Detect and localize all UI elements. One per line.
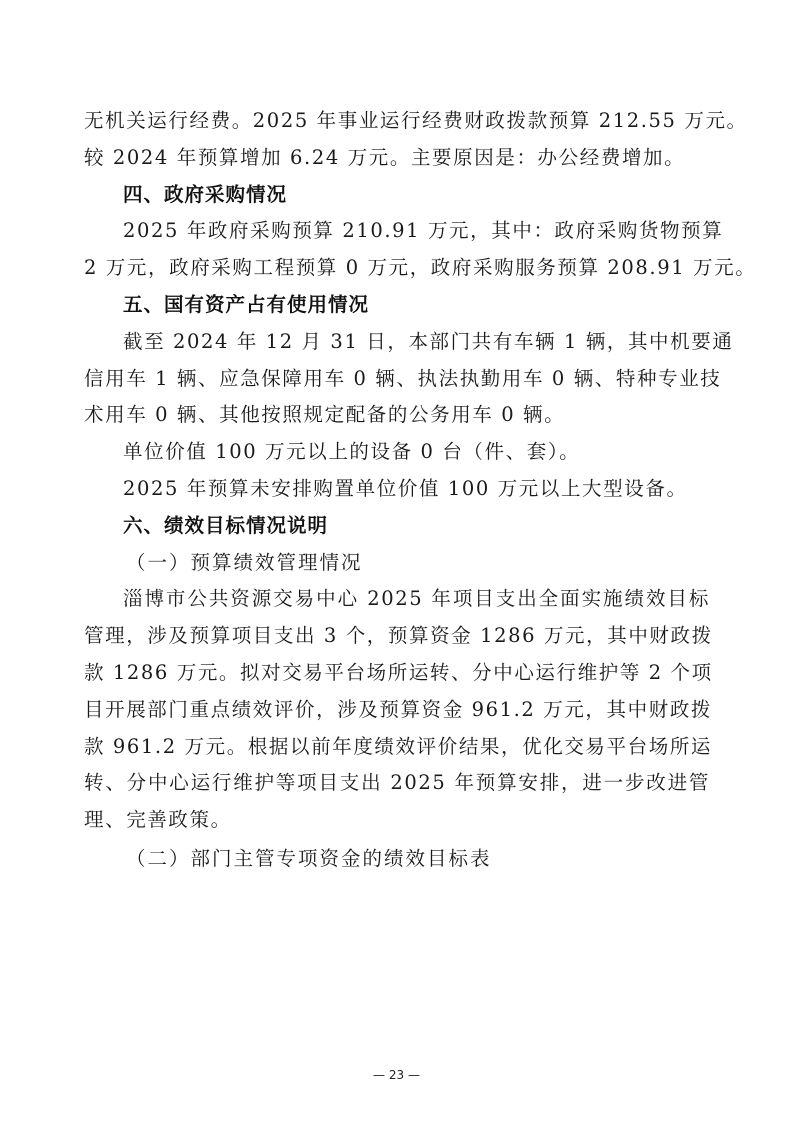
paragraph-line: 款 961.2 万元。根据以前年度绩效评价结果，优化交易平台场所运 [84,729,710,766]
page-number: — 23 — [0,1068,793,1082]
section-heading-state-assets: 五、国有资产占有使用情况 [84,287,710,324]
subsection-heading-budget-performance: （一）预算绩效管理情况 [84,545,710,582]
paragraph-line: 2025 年政府采购预算 210.91 万元，其中：政府采购货物预算 [84,213,710,250]
paragraph-line: 2025 年预算未安排购置单位价值 100 万元以上大型设备。 [84,471,710,508]
paragraph-line: 管理，涉及预算项目支出 3 个，预算资金 1286 万元，其中财政拨 [84,618,710,655]
paragraph-line: 转、分中心运行维护等项目支出 2025 年预算安排，进一步改进管 [84,765,710,802]
paragraph-line: 淄博市公共资源交易中心 2025 年项目支出全面实施绩效目标 [84,581,710,618]
document-page: 无机关运行经费。2025 年事业运行经费财政拨款预算 212.55 万元。 较 … [84,103,710,878]
subsection-heading-special-funds-table: （二）部门主管专项资金的绩效目标表 [84,841,710,878]
paragraph-line: 2 万元，政府采购工程预算 0 万元，政府采购服务预算 208.91 万元。 [84,250,710,287]
paragraph-line: 较 2024 年预算增加 6.24 万元。主要原因是：办公经费增加。 [84,140,710,177]
paragraph-line: 截至 2024 年 12 月 31 日，本部门共有车辆 1 辆，其中机要通 [84,324,710,361]
section-heading-performance-goals: 六、绩效目标情况说明 [84,508,710,545]
paragraph-line: 款 1286 万元。拟对交易平台场所运转、分中心运行维护等 2 个项 [84,655,710,692]
paragraph-line: 术用车 0 辆、其他按照规定配备的公务用车 0 辆。 [84,397,710,434]
paragraph-line: 无机关运行经费。2025 年事业运行经费财政拨款预算 212.55 万元。 [84,103,710,140]
paragraph-line: 目开展部门重点绩效评价，涉及预算资金 961.2 万元，其中财政拨 [84,692,710,729]
paragraph-line: 信用车 1 辆、应急保障用车 0 辆、执法执勤用车 0 辆、特种专业技 [84,361,710,398]
paragraph-line: 理、完善政策。 [84,802,710,839]
paragraph-line: 单位价值 100 万元以上的设备 0 台（件、套）。 [84,434,710,471]
section-heading-government-procurement: 四、政府采购情况 [84,177,710,214]
